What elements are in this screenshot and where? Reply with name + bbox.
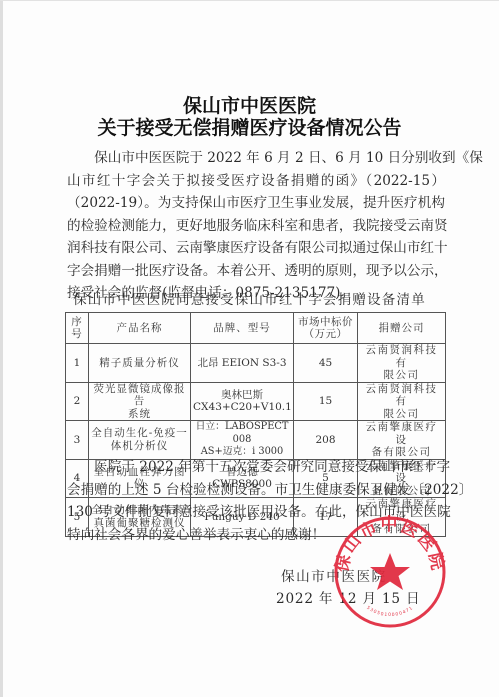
cell-product-name: 全自动生化-免疫一体机分析仪	[89, 421, 191, 460]
table-caption: 保山市中医医院同意接受保山市红十字会捐赠设备清单	[0, 288, 499, 308]
signature-block: 保山市中医医院 2022 年 12 月 15 日	[281, 566, 420, 610]
cell-price: 208	[294, 421, 358, 460]
cell-product-name: 荧光显微镜成像报告系统	[89, 382, 191, 421]
closing-line: 特向社会各界的爱心善举表示衷心的感谢！	[67, 524, 445, 547]
cell-price: 45	[294, 344, 358, 383]
cell-brand-model: 北昂 EEION S3-3	[191, 344, 294, 383]
intro-line: 山市红十字会关于拟接受医疗设备捐赠的函》（2022-15）	[67, 170, 445, 193]
header-seq: 序 号	[66, 313, 89, 344]
document-title-line2: 关于接受无偿捐赠医疗设备情况公告	[0, 113, 499, 140]
header-brand-model: 品牌、型号	[191, 313, 294, 344]
cell-seq: 2	[66, 382, 89, 421]
table-header-row: 序 号 产品名称 品牌、型号 市场中标价 （万元） 捐赠公司	[66, 313, 446, 344]
table-row: 2 荧光显微镜成像报告系统 奥林巴斯CX43+C20+V10.1 15 云南贤润…	[66, 382, 446, 421]
intro-line: 的检验检测能力，更好地服务临床科室和患者，我院接受云南贤	[67, 215, 445, 238]
closing-paragraph: 医院于 2022 年第十五次党委会研究同意接受保山市红十字 会捐赠的上述 5 台…	[67, 456, 445, 546]
page-edge	[0, 0, 499, 1]
header-price: 市场中标价 （万元）	[294, 313, 358, 344]
cell-price: 15	[294, 382, 358, 421]
cell-donor-company: 云南擎康医疗设备有限公司	[358, 421, 446, 460]
table-row: 3 全自动生化-免疫一体机分析仪 日立：LABOSPECT 008AS+迈克：i…	[66, 421, 446, 460]
cell-seq: 1	[66, 344, 89, 383]
header-donor-company: 捐赠公司	[358, 313, 446, 344]
signature-date: 2022 年 12 月 15 日	[276, 588, 420, 610]
header-product-name: 产品名称	[89, 313, 191, 344]
cell-donor-company: 云南贤润科技有限公司	[358, 344, 446, 383]
intro-line: 润科技有限公司、云南擎康医疗设备有限公司拟通过保山市红十	[67, 237, 445, 260]
signature-org: 保山市中医医院	[281, 569, 387, 585]
intro-line: （2022-19）。为支持保山市医疗卫生事业发展，提升医疗机构	[67, 192, 445, 215]
cell-brand-model: 奥林巴斯CX43+C20+V10.1	[191, 382, 294, 421]
intro-paragraph: 保山市中医医院于 2022 年 6 月 2 日、6 月 10 日分别收到《保 山…	[67, 147, 445, 305]
table-row: 1 精子质量分析仪 北昂 EEION S3-3 45 云南贤润科技有限公司	[66, 344, 446, 383]
closing-line: 130 号文件批复同意接受该批医用设备。在此，保山市中医医院	[67, 501, 445, 524]
cell-product-name: 精子质量分析仪	[89, 344, 191, 383]
intro-line: 保山市中医医院于 2022 年 6 月 2 日、6 月 10 日分别收到《保	[67, 147, 445, 170]
cell-seq: 3	[66, 421, 89, 460]
cell-brand-model: 日立：LABOSPECT 008AS+迈克：i 3000	[191, 421, 294, 460]
cell-donor-company: 云南贤润科技有限公司	[358, 382, 446, 421]
closing-line: 会捐赠的上述 5 台检验检测设备。市卫生健康委保卫健发〔2022〕	[67, 479, 445, 502]
intro-line: 字会捐赠一批医疗设备。本着公开、透明的原则，现予以公示，	[67, 260, 445, 283]
closing-line: 医院于 2022 年第十五次党委会研究同意接受保山市红十字	[67, 456, 445, 479]
